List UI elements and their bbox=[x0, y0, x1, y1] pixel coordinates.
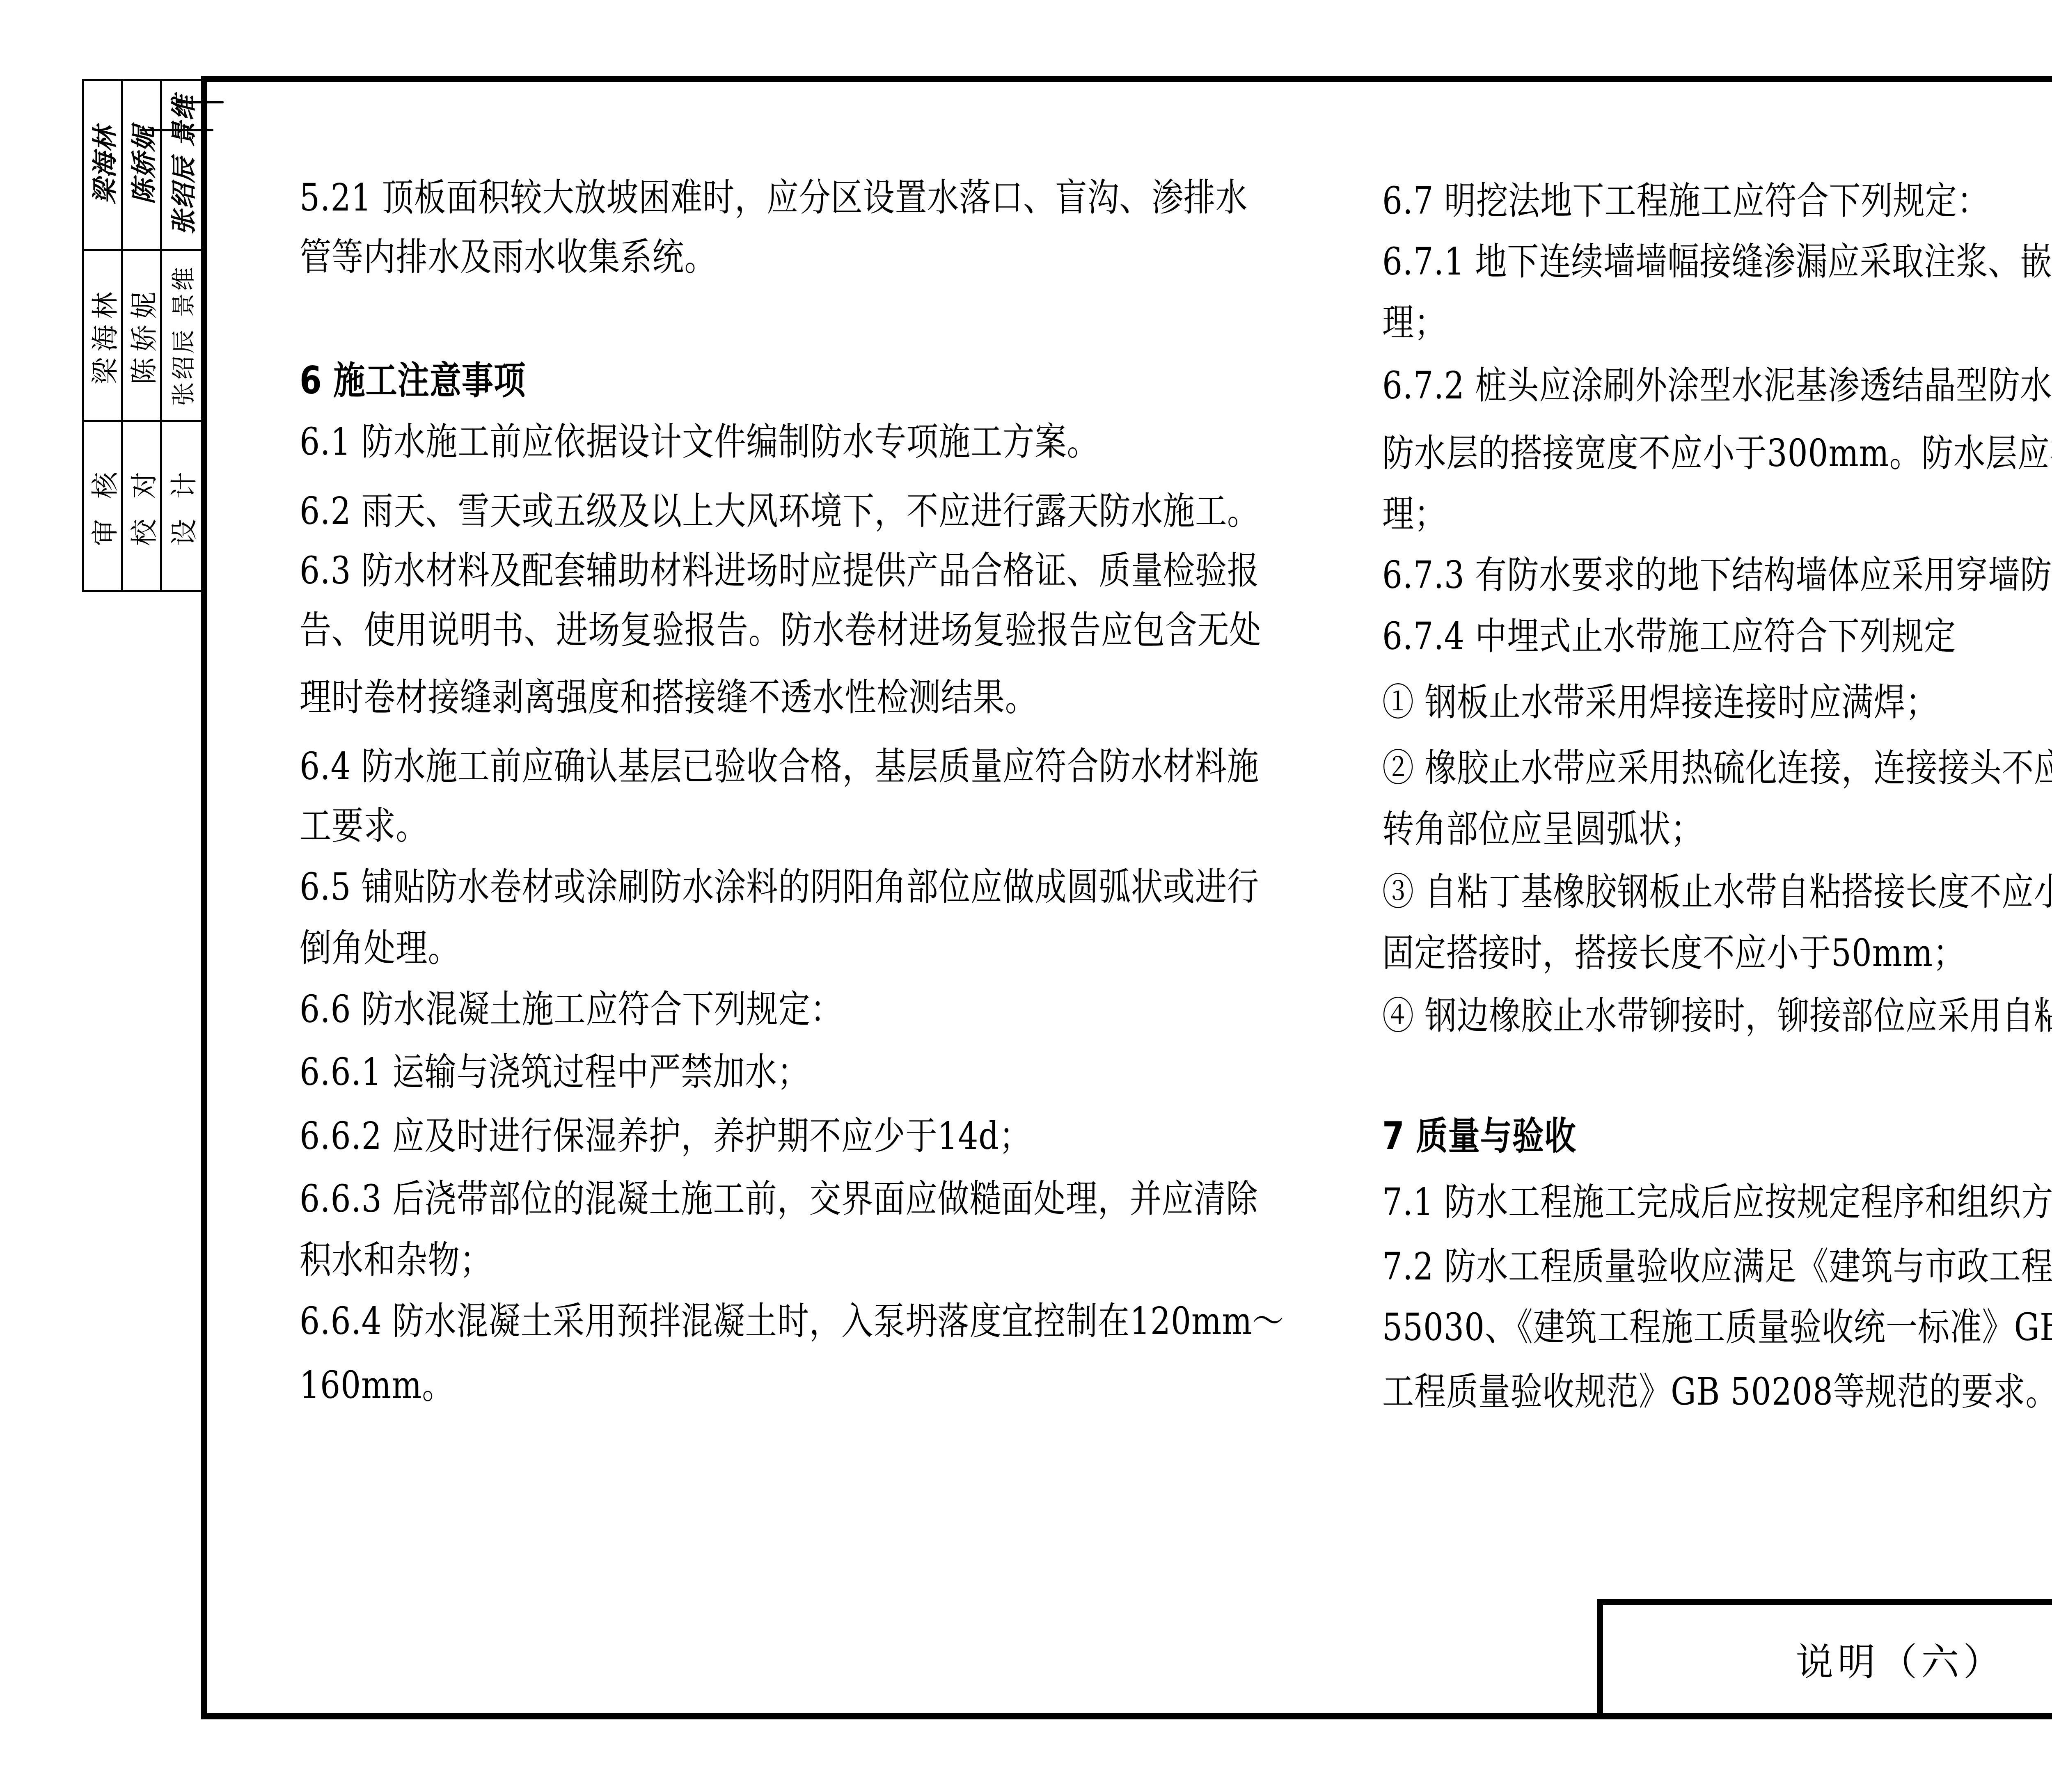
text-line: 防水层的搭接宽度不应小于300mm。防水层应在桩头根部进行密封处 bbox=[1382, 433, 2052, 474]
checker-name: 陈娇妮 bbox=[122, 286, 161, 384]
text-line: 6.3 防水材料及配套辅助材料进场时应提供产品合格证、质量检验报 bbox=[300, 550, 1259, 591]
text-line: 6.7.4 中埋式止水带施工应符合下列规定 bbox=[1382, 616, 1956, 657]
approval-strip: 梁海林 梁海林 审 核 陈娇妮 陈娇妮 校 对 张绍辰 景维 张绍辰 景维 设 … bbox=[82, 79, 201, 592]
text-line: 告、使用说明书、进场复验报告。防水卷材进场复验报告应包含无处 bbox=[300, 610, 1262, 651]
reviewer-signature: 梁海林 bbox=[84, 126, 121, 204]
text-line: 6.7.3 有防水要求的地下结构墙体应采用穿墙防水对拉螺杆栓套具。 bbox=[1382, 555, 2052, 596]
drawing-title: 说明（六） bbox=[1603, 1605, 2052, 1713]
approval-col-design: 张绍辰 景维 张绍辰 景维 设 计 bbox=[162, 81, 201, 590]
text-line: ④ 钢边橡胶止水带铆接时，铆接部位应采用自粘胶带密封。 bbox=[1382, 996, 2052, 1037]
text-line: 理时卷材接缝剥离强度和搭接缝不透水性检测结果。 bbox=[300, 677, 1037, 718]
signature-cell: 梁海林 bbox=[84, 81, 121, 251]
text-line: 6.6 防水混凝土施工应符合下列规定： bbox=[300, 989, 843, 1030]
text-line: 6.5 铺贴防水卷材或涂刷防水涂料的阴阳角部位应做成圆弧状或进行 bbox=[300, 867, 1259, 908]
text-line: 积水和杂物； bbox=[300, 1240, 492, 1281]
text-line: 倒角处理。 bbox=[300, 928, 460, 969]
text-line: ① 钢板止水带采用焊接连接时应满焊； bbox=[1382, 682, 1937, 723]
signature-stroke bbox=[140, 129, 213, 131]
text-line: 5.21 顶板面积较大放坡困难时，应分区设置水落口、盲沟、渗排水 bbox=[300, 177, 1248, 218]
text-line: ② 橡胶止水带应采用热硫化连接，连接接头不应设在结构转角部位， bbox=[1382, 748, 2052, 789]
text-line: 理； bbox=[1382, 302, 1446, 343]
text-line: 管等内排水及雨水收集系统。 bbox=[300, 237, 717, 278]
role-cell: 设 计 bbox=[162, 422, 201, 590]
checker-signature: 陈娇妮 bbox=[123, 126, 160, 204]
signature-cell: 张绍辰 景维 bbox=[162, 81, 201, 251]
text-line: 6.2 雨天、雪天或五级及以上大风环境下，不应进行露天防水施工。 bbox=[300, 491, 1259, 532]
text-line: 160mm。 bbox=[300, 1365, 454, 1406]
text-line: 6.6.3 后浇带部位的混凝土施工前，交界面应做糙面处理，并应清除 bbox=[300, 1179, 1258, 1220]
text-line: 工程质量验收规范》GB 50208等规范的要求。 bbox=[1382, 1371, 2052, 1412]
text-line: 固定搭接时，搭接长度不应小于50mm； bbox=[1382, 933, 1965, 974]
text-line: 工要求。 bbox=[300, 806, 428, 847]
reviewer-role: 审 核 bbox=[83, 466, 122, 546]
text-line: 6.6.2 应及时进行保湿养护，养护期不应少于14d； bbox=[300, 1116, 1031, 1157]
text-line: 6.1 防水施工前应依据设计文件编制防水专项施工方案。 bbox=[300, 421, 1099, 462]
text-line: 转角部位应呈圆弧状； bbox=[1382, 809, 1703, 850]
designer-name: 张绍辰 景维 bbox=[164, 265, 199, 406]
text-line: 55030、《建筑工程施工质量验收统一标准》GB 50300、《地下防水 bbox=[1382, 1307, 2052, 1348]
designer-signature: 张绍辰 景维 bbox=[163, 94, 200, 236]
approval-col-review: 梁海林 梁海林 审 核 bbox=[84, 81, 123, 590]
text-line: 6.7 明挖法地下工程施工应符合下列规定： bbox=[1382, 181, 1989, 222]
checker-role: 校 对 bbox=[122, 466, 161, 546]
signature-stroke bbox=[176, 101, 224, 103]
role-cell: 审 核 bbox=[84, 422, 121, 590]
approval-col-check: 陈娇妮 陈娇妮 校 对 bbox=[123, 81, 162, 590]
section-heading: 6 施工注意事项 bbox=[300, 360, 526, 401]
section-heading: 7 质量与验收 bbox=[1382, 1116, 1576, 1157]
text-line: ③ 自粘丁基橡胶钢板止水带自粘搭接长度不应小于80mm,当采用机械 bbox=[1382, 872, 2052, 913]
designer-role: 设 计 bbox=[162, 466, 201, 546]
text-line: 6.4 防水施工前应确认基层已验收合格，基层质量应符合防水材料施 bbox=[300, 746, 1259, 787]
role-cell: 校 对 bbox=[123, 422, 160, 590]
name-cell: 陈娇妮 bbox=[123, 251, 160, 421]
text-line: 6.6.1 运输与浇筑过程中严禁加水； bbox=[300, 1052, 809, 1093]
text-line: 7.2 防水工程质量验收应满足《建筑与市政工程防水通用规范》GB bbox=[1382, 1246, 2052, 1287]
reviewer-name: 梁海林 bbox=[83, 286, 122, 384]
text-line: 6.7.2 桩头应涂刷外涂型水泥基渗透结晶型防水材料，涂刷层与大面 bbox=[1382, 365, 2052, 406]
name-cell: 梁海林 bbox=[84, 251, 121, 421]
text-line: 7.1 防水工程施工完成后应按规定程序和组织方式进行质量验收。 bbox=[1382, 1182, 2052, 1223]
text-line: 6.6.4 防水混凝土采用预拌混凝土时，入泵坍落度宜控制在120mm～ bbox=[300, 1301, 1284, 1342]
signature-cell: 陈娇妮 bbox=[123, 81, 160, 251]
text-line: 6.7.1 地下连续墙墙幅接缝渗漏应采取注浆、嵌填等措施进行止水处 bbox=[1382, 241, 2052, 282]
name-cell: 张绍辰 景维 bbox=[162, 251, 201, 421]
text-line: 理； bbox=[1382, 494, 1446, 535]
